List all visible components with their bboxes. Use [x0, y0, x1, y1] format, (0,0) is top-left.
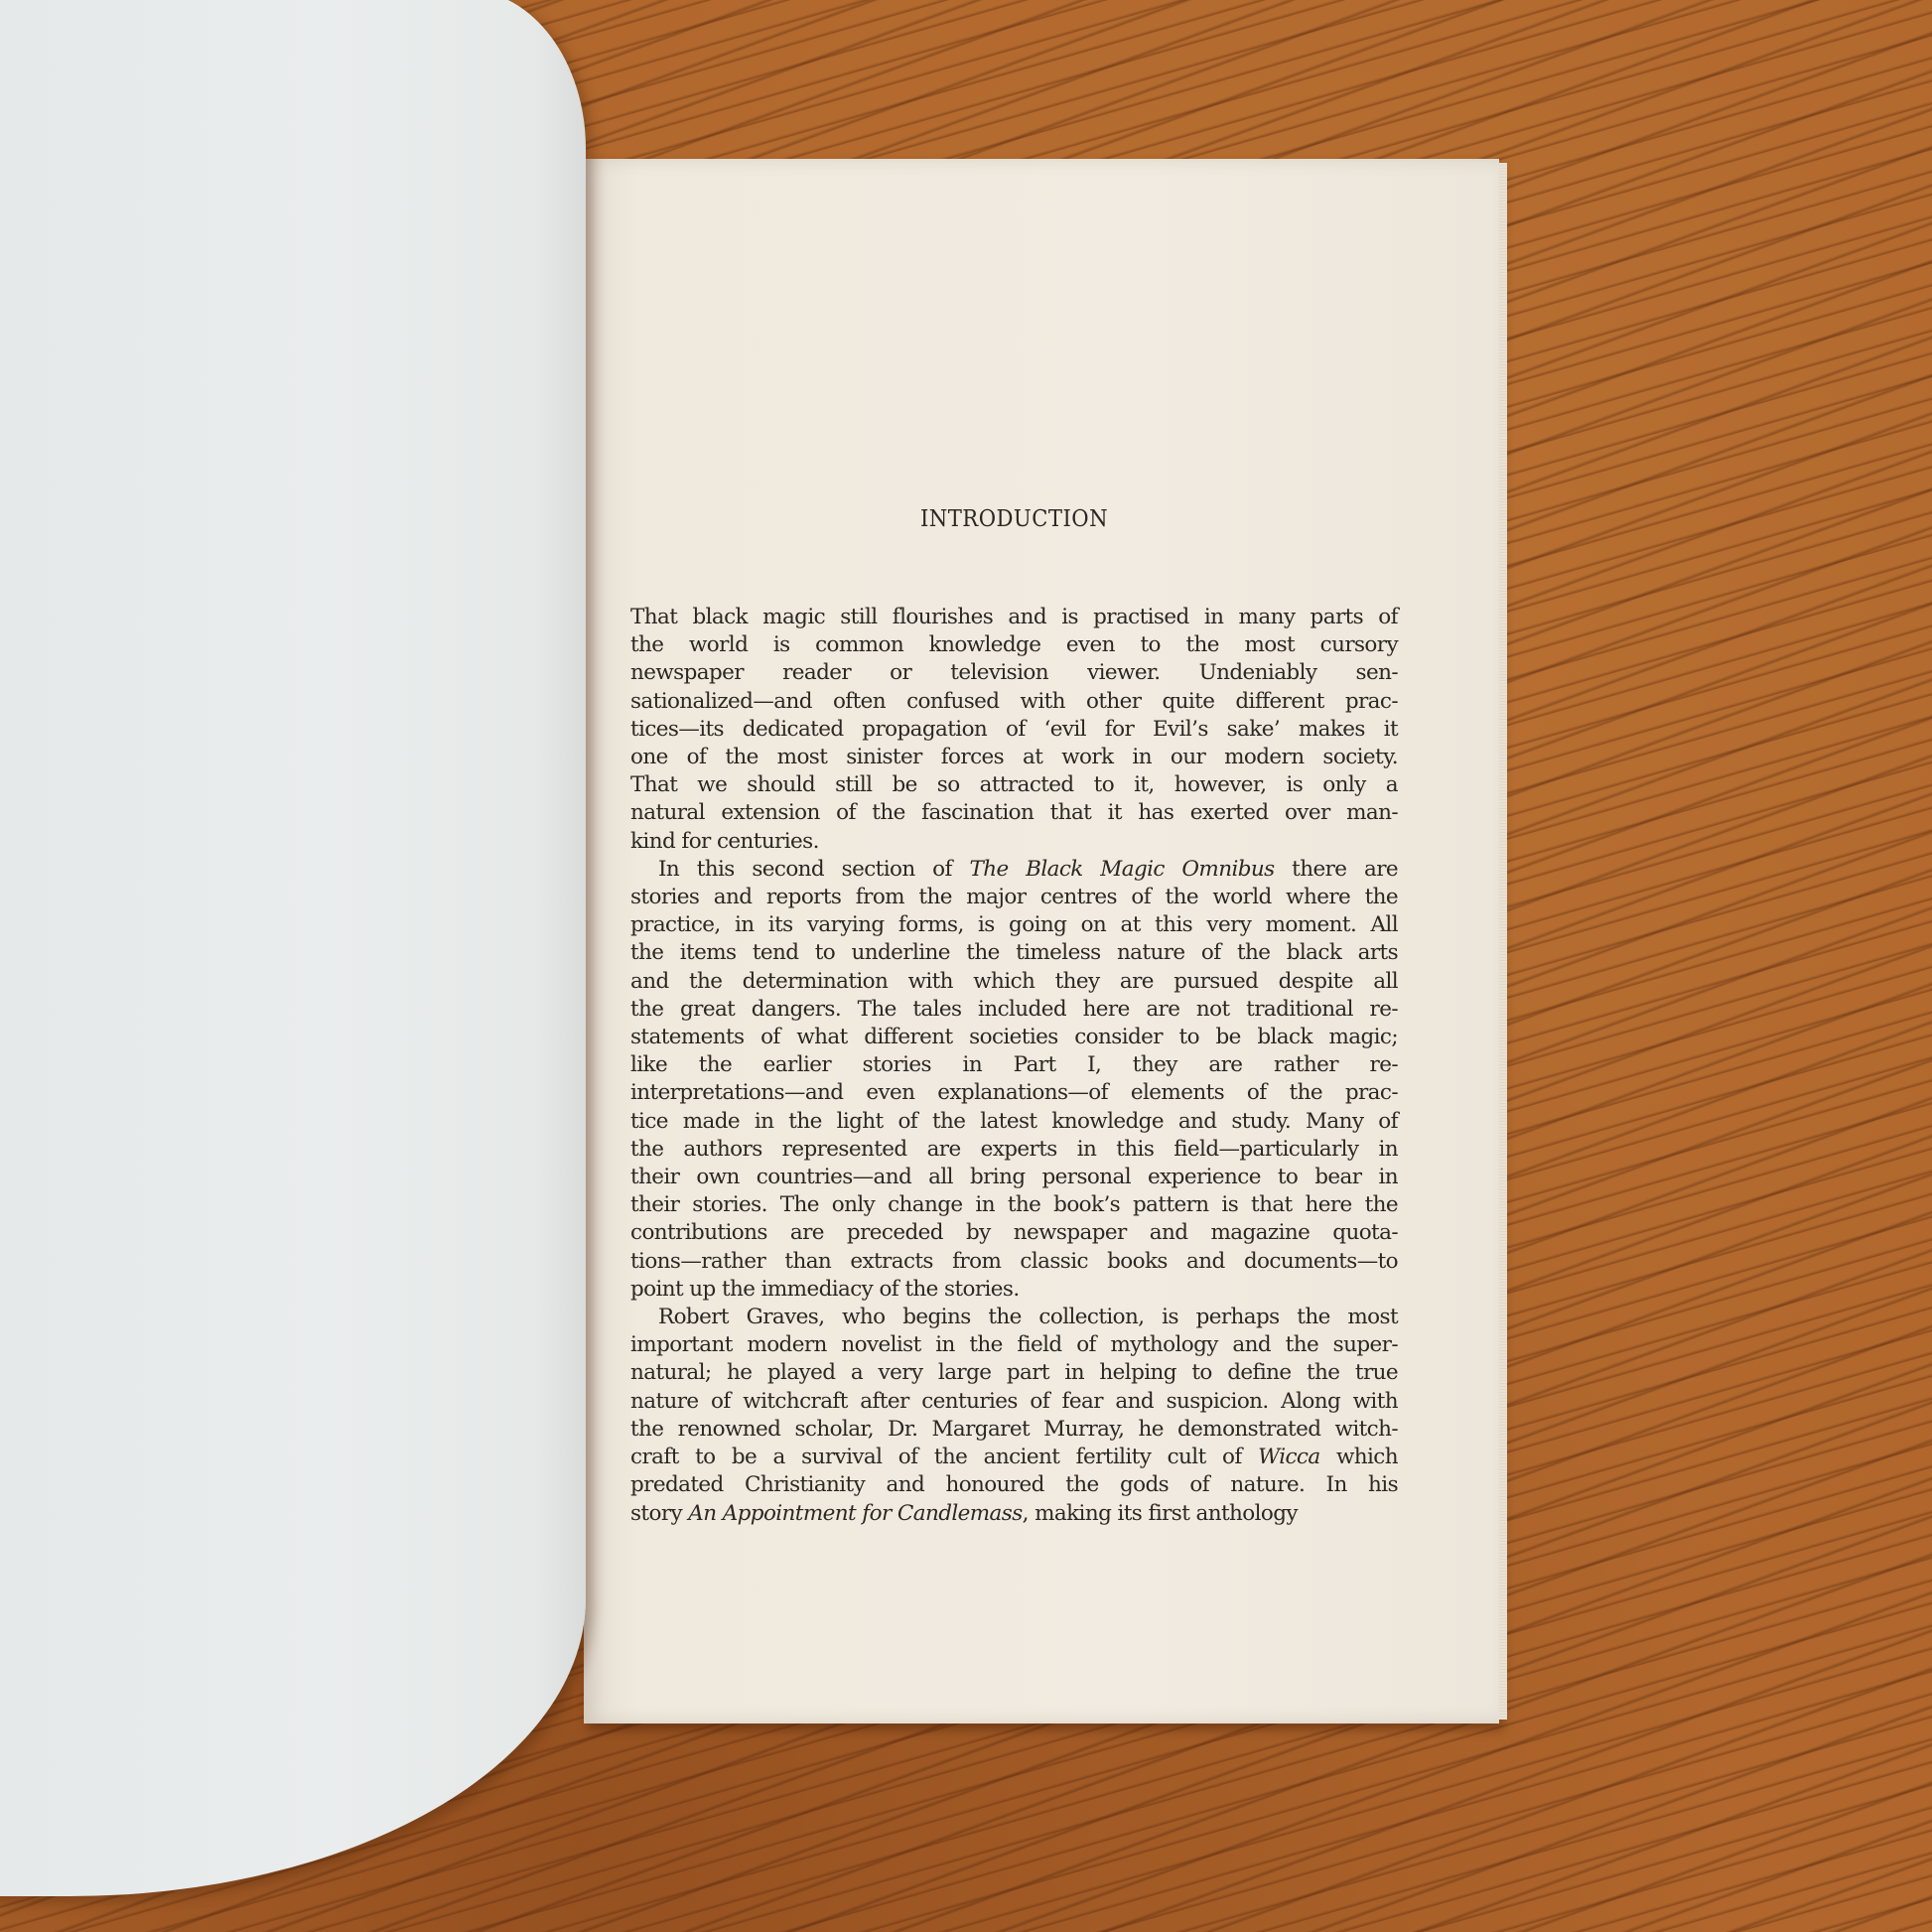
- text-line: sationalized—and often confused with oth…: [630, 688, 1398, 716]
- text-line: one of the most sinister forces at work …: [630, 744, 1398, 771]
- text-line: That we should still be so attracted to …: [630, 771, 1398, 799]
- text-line: the world is common knowledge even to th…: [630, 631, 1398, 659]
- text-line: their stories. The only change in the bo…: [630, 1191, 1398, 1219]
- text-line: That black magic still flourishes and is…: [630, 604, 1398, 631]
- chapter-heading: INTRODUCTION: [661, 506, 1367, 532]
- text-line: point up the immediacy of the stories.: [630, 1276, 1398, 1304]
- text-line: predated Christianity and honoured the g…: [630, 1471, 1398, 1499]
- text-line: the renowned scholar, Dr. Margaret Murra…: [630, 1416, 1398, 1444]
- text-line: like the earlier stories in Part I, they…: [630, 1051, 1398, 1079]
- text-line: statements of what different societies c…: [630, 1024, 1398, 1051]
- paragraph: In this second section of The Black Magi…: [630, 856, 1398, 1304]
- text-line: Robert Graves, who begins the collection…: [630, 1304, 1398, 1331]
- text-line: tions—rather than extracts from classic …: [630, 1248, 1398, 1276]
- text-line: practice, in its varying forms, is going…: [630, 911, 1398, 939]
- text-line: natural; he played a very large part in …: [630, 1359, 1398, 1387]
- text-line: interpretations—and even explanations—of…: [630, 1079, 1398, 1107]
- text-line: and the determination with which they ar…: [630, 968, 1398, 996]
- text-line: newspaper reader or television viewer. U…: [630, 659, 1398, 687]
- text-line: the items tend to underline the timeless…: [630, 939, 1398, 967]
- page-text-block: INTRODUCTION That black magic still flou…: [630, 506, 1398, 1528]
- page-stack-edge: [1499, 163, 1507, 1720]
- body-paragraphs: That black magic still flourishes and is…: [630, 604, 1398, 1528]
- text-line: important modern novelist in the field o…: [630, 1331, 1398, 1359]
- text-line: stories and reports from the major centr…: [630, 884, 1398, 911]
- paragraph: That black magic still flourishes and is…: [630, 604, 1398, 856]
- text-line: craft to be a survival of the ancient fe…: [630, 1444, 1398, 1471]
- text-line: In this second section of The Black Magi…: [630, 856, 1398, 884]
- text-line: tices—its dedicated propagation of ‘evil…: [630, 716, 1398, 744]
- left-page-blank: [0, 0, 586, 1896]
- text-line: nature of witchcraft after centuries of …: [630, 1388, 1398, 1416]
- text-line: natural extension of the fascination tha…: [630, 799, 1398, 827]
- text-line: their own countries—and all bring person…: [630, 1164, 1398, 1191]
- text-line: kind for centuries.: [630, 828, 1398, 856]
- text-line: contributions are preceded by newspaper …: [630, 1219, 1398, 1247]
- text-line: tice made in the light of the latest kno…: [630, 1108, 1398, 1136]
- right-page: INTRODUCTION That black magic still flou…: [584, 159, 1499, 1724]
- text-line: the great dangers. The tales included he…: [630, 996, 1398, 1024]
- paragraph: Robert Graves, who begins the collection…: [630, 1304, 1398, 1528]
- text-line: the authors represented are experts in t…: [630, 1136, 1398, 1164]
- text-line: story An Appointment for Candlemass, mak…: [630, 1500, 1398, 1528]
